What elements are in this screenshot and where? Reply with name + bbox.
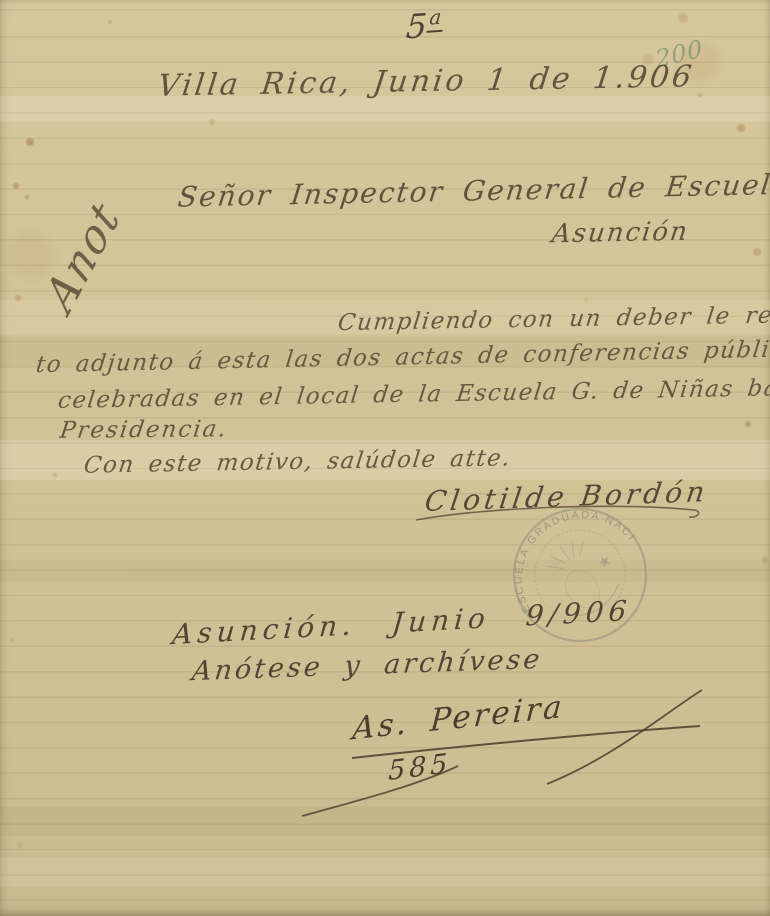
section-number: 5a bbox=[405, 5, 445, 47]
section-number-ordinal: a bbox=[426, 5, 444, 33]
salutation-line2: Asunción bbox=[550, 217, 691, 249]
section-number-digit: 5 bbox=[405, 6, 429, 47]
manuscript-page: 5a 200 Villa Rica, Junio 1 de 1.906 Anot… bbox=[0, 0, 770, 916]
body-line: Presidencia. bbox=[58, 416, 229, 443]
